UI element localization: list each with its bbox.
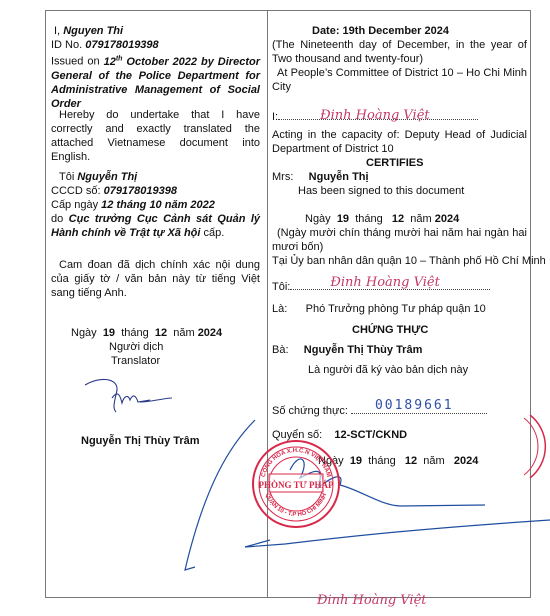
official-signature: Đinh Hoàng Việt	[320, 109, 430, 123]
capacity: Acting in the capacity of: Deputy Head o…	[272, 128, 527, 156]
translator-name-en: Nguyen Thi	[63, 25, 123, 37]
ba-text: Là người đã ký vào bản dịch này	[308, 363, 468, 377]
authority-line: do Cục trưởng Cục Cảnh sát Quản lý Hành …	[51, 212, 260, 240]
quyen-so-line: Quyển số: 12-SCT/CKND	[272, 428, 407, 442]
vi-date-words: (Ngày mười chín tháng mười hai năm hai n…	[272, 226, 527, 254]
id-number: 079178019398	[85, 39, 158, 51]
column-divider	[267, 10, 268, 598]
cert-date: Ngày 19 tháng 12 năm 2024	[318, 454, 478, 468]
date-line: Date: 19th December 2024	[312, 24, 449, 38]
role-en: Translator	[111, 354, 160, 368]
undertake-text: Hereby do undertake that I have correctl…	[51, 108, 260, 164]
official-printed-signature: Đinh Hoàng Việt	[317, 594, 427, 608]
role-vi: Người dịch	[109, 340, 163, 354]
date-words: (The Nineteenth day of December, in the …	[272, 38, 527, 66]
so-chung-thuc-line: Số chứng thực: 00189661	[272, 404, 487, 418]
signed-text: Has been signed to this document	[298, 184, 464, 198]
cam-doan-text: Cam đoan đã dịch chính xác nội dung của …	[51, 258, 260, 300]
at-place: At People’s Committee of District 10 – H…	[272, 66, 527, 94]
toi-line: Tôi: Đinh Hoàng Việt	[272, 280, 490, 294]
id-line: ID No. 079178019398	[51, 38, 159, 52]
official-signature-vi: Đinh Hoàng Việt	[330, 276, 440, 290]
certificate-number: 00189661	[375, 399, 454, 413]
cap-ngay-line: Cấp ngày 12 tháng 10 năm 2022	[51, 198, 215, 212]
certifies-heading: CERTIFIES	[366, 156, 423, 170]
vi-date: Ngày 19 tháng 12 năm 2024	[305, 212, 459, 226]
tai-line: Tại Ủy ban nhân dân quận 10 – Thành phố …	[272, 254, 546, 268]
translator-date: Ngày 19 tháng 12 năm 2024	[71, 326, 222, 340]
official-i-line: I: Đinh Hoàng Việt	[272, 110, 478, 124]
translator-name: Nguyễn Thị Thùy Trâm	[81, 434, 200, 448]
issued-text: Issued on 12th October 2022 by Director …	[51, 52, 260, 111]
cccd-line: CCCD số: 079178019398	[51, 184, 177, 198]
ba-line: Bà: Nguyễn Thị Thùy Trâm	[272, 343, 422, 357]
translator-intro: I, Nguyen Thi	[54, 24, 123, 38]
la-line: Là: Phó Trưởng phòng Tư pháp quận 10	[272, 302, 486, 316]
mrs-line: Mrs: Nguyễn Thị	[272, 170, 369, 184]
toi-line: Tôi Nguyễn Thị	[59, 170, 137, 184]
chung-thuc-heading: CHỨNG THỰC	[352, 323, 428, 337]
